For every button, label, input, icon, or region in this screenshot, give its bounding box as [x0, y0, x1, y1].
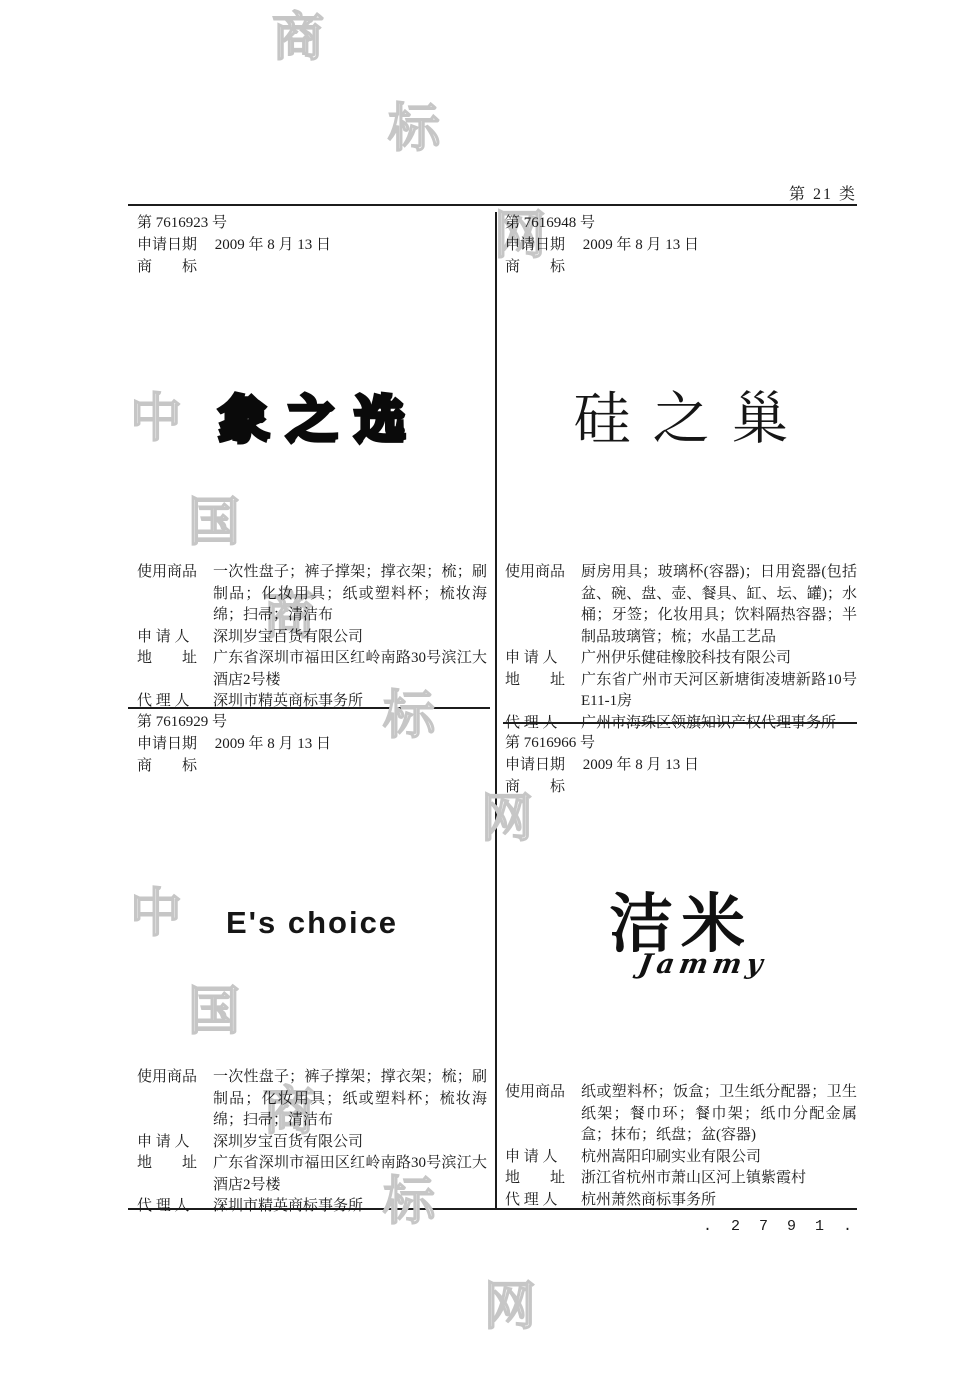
entry-number: 第 7616966 号	[505, 733, 857, 755]
goods-row: 使用商品 一次性盘子；裤子撑架；撑衣架；梳；刷制品；化妆用具；纸或塑料杯；梳妆海…	[137, 1067, 487, 1132]
trademark-image-area: 象之选	[137, 279, 487, 562]
address-label: 地 址	[505, 1168, 581, 1190]
header-rule	[128, 204, 857, 206]
watermark-char: 网	[484, 1281, 536, 1333]
trademark-image-text: 象之选	[201, 393, 423, 448]
agent-row: 代 理 人 深圳市精英商标事务所	[137, 691, 487, 713]
agent-value: 深圳市精英商标事务所	[213, 1196, 487, 1218]
goods-label: 使用商品	[137, 1067, 213, 1132]
applicant-value: 杭州嵩阳印刷实业有限公司	[581, 1147, 857, 1169]
gazette-page: 商标网中国商标网中国商标网 第 21 类 . 2 7 9 1 . 第 76169…	[0, 0, 980, 1400]
trademark-label: 商 标	[505, 777, 857, 799]
applicant-value: 深圳岁宝百货有限公司	[213, 627, 487, 649]
goods-label: 使用商品	[505, 562, 581, 648]
trademark-image-text: 硅之巢	[552, 389, 811, 452]
goods-row: 使用商品 纸或塑料杯；饭盒；卫生纸分配器；卫生纸架；餐巾环；餐巾架；纸巾分配金属…	[505, 1082, 857, 1147]
class-header: 第 21 类	[789, 181, 857, 204]
application-date-value: 2009 年 8 月 13 日	[215, 235, 331, 257]
trademark-image-area: E's choice	[137, 778, 487, 1067]
address-row: 地 址 广东省深圳市福田区红岭南路30号滨江大酒店2号楼	[137, 1153, 487, 1196]
address-value: 广东省深圳市福田区红岭南路30号滨江大酒店2号楼	[213, 648, 487, 691]
agent-row: 代 理 人 杭州萧然商标事务所	[505, 1190, 857, 1212]
address-label: 地 址	[137, 1153, 213, 1196]
address-value: 浙江省杭州市萧山区河上镇紫霞村	[581, 1168, 857, 1190]
trademark-entry: 第 7616966 号 申请日期 2009 年 8 月 13 日 商 标 洁米 …	[505, 733, 857, 1211]
trademark-label: 商 标	[137, 257, 487, 279]
agent-label: 代 理 人	[505, 713, 581, 735]
watermark-char: 商	[272, 12, 324, 64]
agent-label: 代 理 人	[505, 1190, 581, 1212]
goods-value: 纸或塑料杯；饭盒；卫生纸分配器；卫生纸架；餐巾环；餐巾架；纸巾分配金属盒；抹布；…	[581, 1082, 857, 1147]
application-date-value: 2009 年 8 月 13 日	[583, 755, 699, 777]
applicant-row: 申 请 人 深圳岁宝百货有限公司	[137, 1132, 487, 1154]
trademark-image: 洁米 Jammy	[609, 891, 753, 976]
agent-value: 深圳市精英商标事务所	[213, 691, 487, 713]
trademark-image-area: 洁米 Jammy	[505, 799, 857, 1082]
application-date-value: 2009 年 8 月 13 日	[583, 235, 699, 257]
agent-label: 代 理 人	[137, 691, 213, 713]
applicant-label: 申 请 人	[505, 1147, 581, 1169]
address-label: 地 址	[137, 648, 213, 691]
application-date-value: 2009 年 8 月 13 日	[215, 734, 331, 756]
goods-value: 一次性盘子；裤子撑架；撑衣架；梳；刷制品；化妆用具；纸或塑料杯；梳妆海绵；扫帚；…	[213, 562, 487, 627]
address-value: 广东省深圳市福田区红岭南路30号滨江大酒店2号楼	[213, 1153, 487, 1196]
trademark-image-area: 硅之巢	[505, 279, 857, 562]
watermark-char: 标	[388, 103, 440, 155]
application-date-row: 申请日期 2009 年 8 月 13 日	[505, 755, 857, 777]
applicant-row: 申 请 人 杭州嵩阳印刷实业有限公司	[505, 1147, 857, 1169]
entry-number: 第 7616929 号	[137, 712, 487, 734]
trademark-entry: 第 7616923 号 申请日期 2009 年 8 月 13 日 商 标 象之选…	[137, 213, 487, 713]
application-date-row: 申请日期 2009 年 8 月 13 日	[505, 235, 857, 257]
applicant-value: 广州伊乐健硅橡胶科技有限公司	[581, 648, 857, 670]
applicant-value: 深圳岁宝百货有限公司	[213, 1132, 487, 1154]
trademark-label: 商 标	[505, 257, 857, 279]
agent-value: 广州市海珠区领旗知识产权代理事务所	[581, 713, 857, 735]
address-row: 地 址 浙江省杭州市萧山区河上镇紫霞村	[505, 1168, 857, 1190]
entry-number: 第 7616948 号	[505, 213, 857, 235]
applicant-label: 申 请 人	[137, 627, 213, 649]
agent-row: 代 理 人 广州市海珠区领旗知识产权代理事务所	[505, 713, 857, 735]
applicant-row: 申 请 人 深圳岁宝百货有限公司	[137, 627, 487, 649]
trademark-entry: 第 7616948 号 申请日期 2009 年 8 月 13 日 商 标 硅之巢…	[505, 213, 857, 734]
trademark-image-subtext: Jammy	[637, 954, 769, 976]
goods-row: 使用商品 一次性盘子；裤子撑架；撑衣架；梳；刷制品；化妆用具；纸或塑料杯；梳妆海…	[137, 562, 487, 627]
address-label: 地 址	[505, 670, 581, 713]
entry-number: 第 7616923 号	[137, 213, 487, 235]
goods-label: 使用商品	[505, 1082, 581, 1147]
applicant-label: 申 请 人	[137, 1132, 213, 1154]
goods-row: 使用商品 厨房用具；玻璃杯(容器)；日用瓷器(包括盆、碗、盘、壶、餐具、缸、坛、…	[505, 562, 857, 648]
address-row: 地 址 广东省广州市天河区新塘街凌塘新路10号E11-1房	[505, 670, 857, 713]
applicant-row: 申 请 人 广州伊乐健硅橡胶科技有限公司	[505, 648, 857, 670]
agent-value: 杭州萧然商标事务所	[581, 1190, 857, 1212]
agent-row: 代 理 人 深圳市精英商标事务所	[137, 1196, 487, 1218]
trademark-label: 商 标	[137, 756, 487, 778]
application-date-label: 申请日期	[137, 235, 197, 257]
trademark-image-text: E's choice	[226, 912, 398, 934]
application-date-label: 申请日期	[137, 734, 197, 756]
application-date-row: 申请日期 2009 年 8 月 13 日	[137, 235, 487, 257]
address-value: 广东省广州市天河区新塘街凌塘新路10号E11-1房	[581, 670, 857, 713]
trademark-entry: 第 7616929 号 申请日期 2009 年 8 月 13 日 商 标 E's…	[137, 712, 487, 1218]
goods-label: 使用商品	[137, 562, 213, 627]
goods-value: 厨房用具；玻璃杯(容器)；日用瓷器(包括盆、碗、盘、壶、餐具、缸、坛、罐)；水桶…	[581, 562, 857, 648]
address-row: 地 址 广东省深圳市福田区红岭南路30号滨江大酒店2号楼	[137, 648, 487, 691]
page-number: . 2 7 9 1 .	[703, 1218, 857, 1235]
application-date-label: 申请日期	[505, 755, 565, 777]
application-date-row: 申请日期 2009 年 8 月 13 日	[137, 734, 487, 756]
goods-value: 一次性盘子；裤子撑架；撑衣架；梳；刷制品；化妆用具；纸或塑料杯；梳妆海绵；扫帚；…	[213, 1067, 487, 1132]
application-date-label: 申请日期	[505, 235, 565, 257]
agent-label: 代 理 人	[137, 1196, 213, 1218]
applicant-label: 申 请 人	[505, 648, 581, 670]
column-divider	[495, 212, 497, 1209]
